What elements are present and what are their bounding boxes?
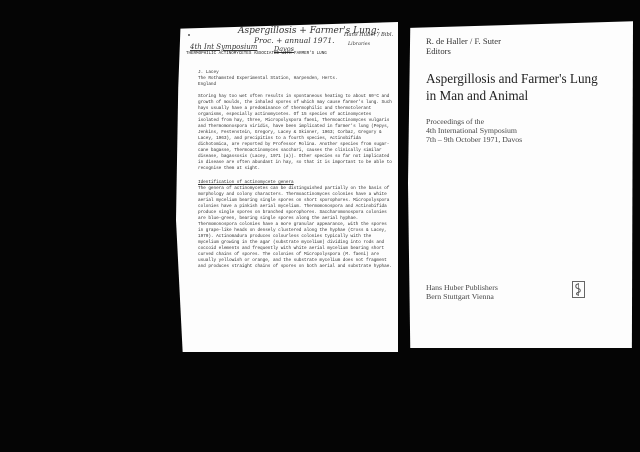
book-title-line-1: Aspergillosis and Farmer's Lung <box>426 71 598 87</box>
body-paragraph-intro: Storing hay too wet often results in spo… <box>198 94 394 172</box>
speck-mark <box>188 34 190 36</box>
right-title-page: R. de Haller / F. Suter Editors Aspergil… <box>408 18 633 348</box>
proceedings-line-3: 7th – 9th October 1971, Davos <box>426 135 522 145</box>
handwritten-symposium-note: 4th Int Symposium <box>190 43 257 51</box>
handwritten-stamp-note: Libraries <box>348 42 370 47</box>
publisher-logo-icon <box>572 281 585 298</box>
handwritten-proceedings-note: Proc. + annual 1971. <box>254 36 334 45</box>
left-document-page: Aspergillosis + Farmer's Lung: Proc. + a… <box>176 22 398 352</box>
editors-names: R. de Haller / F. Suter <box>426 36 501 46</box>
book-title-line-2: in Man and Animal <box>426 88 528 104</box>
country-line: England <box>198 82 394 88</box>
editors-label: Editors <box>426 46 451 56</box>
body-paragraph-genera: The genera of actinomycetes can be disti… <box>198 186 394 270</box>
handwritten-publisher-note: Hans Huber / Bibl. <box>344 32 393 38</box>
running-head: THERMOPHILIC ACTINOMYCETES ASSOCIATED WI… <box>186 52 327 56</box>
publisher-cities: Bern Stuttgart Vienna <box>426 292 494 302</box>
